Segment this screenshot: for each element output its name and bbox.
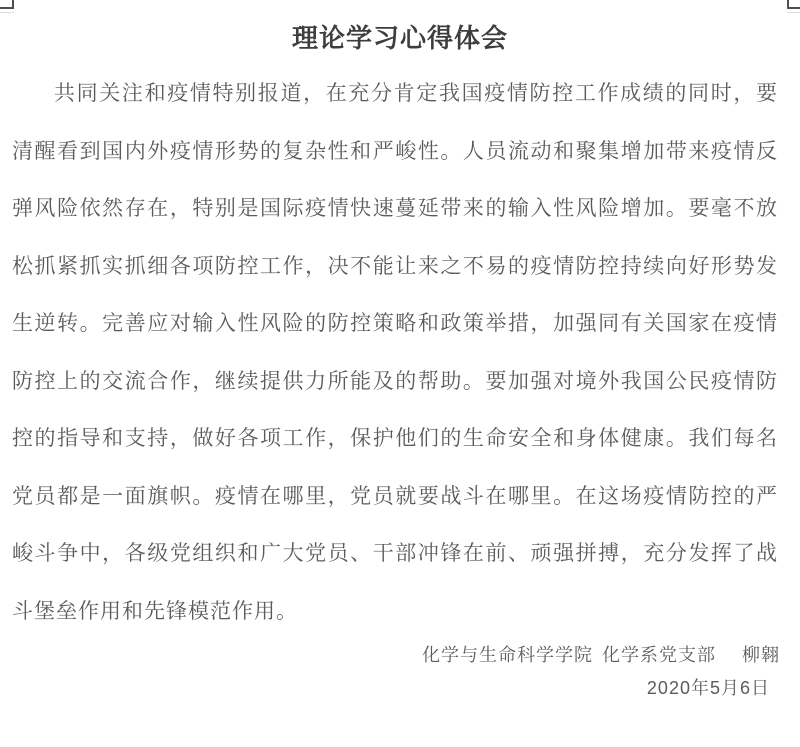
document-title: 理论学习心得体会	[0, 0, 800, 54]
signature-institution: 化学与生命科学学院	[422, 645, 593, 665]
document-page: 理论学习心得体会 共同关注和疫情特别报道，在充分肯定我国疫情防控工作成绩的同时，…	[0, 0, 800, 747]
signature-party-branch: 化学系党支部	[602, 645, 716, 665]
cropped-border-shadow-left	[0, 12, 14, 13]
signature-author-name: 柳翱	[742, 645, 780, 665]
document-body-paragraph: 共同关注和疫情特别报道，在充分肯定我国疫情防控工作成绩的同时，要清醒看到国内外疫…	[12, 65, 778, 640]
cropped-border-corner-right	[787, 0, 800, 9]
document-date: 2020年5月6日	[0, 677, 800, 699]
cropped-border-corner-left	[0, 0, 14, 9]
signature-line: 化学与生命科学学院化学系党支部柳翱	[0, 644, 800, 666]
cropped-border-shadow-right	[787, 12, 800, 13]
